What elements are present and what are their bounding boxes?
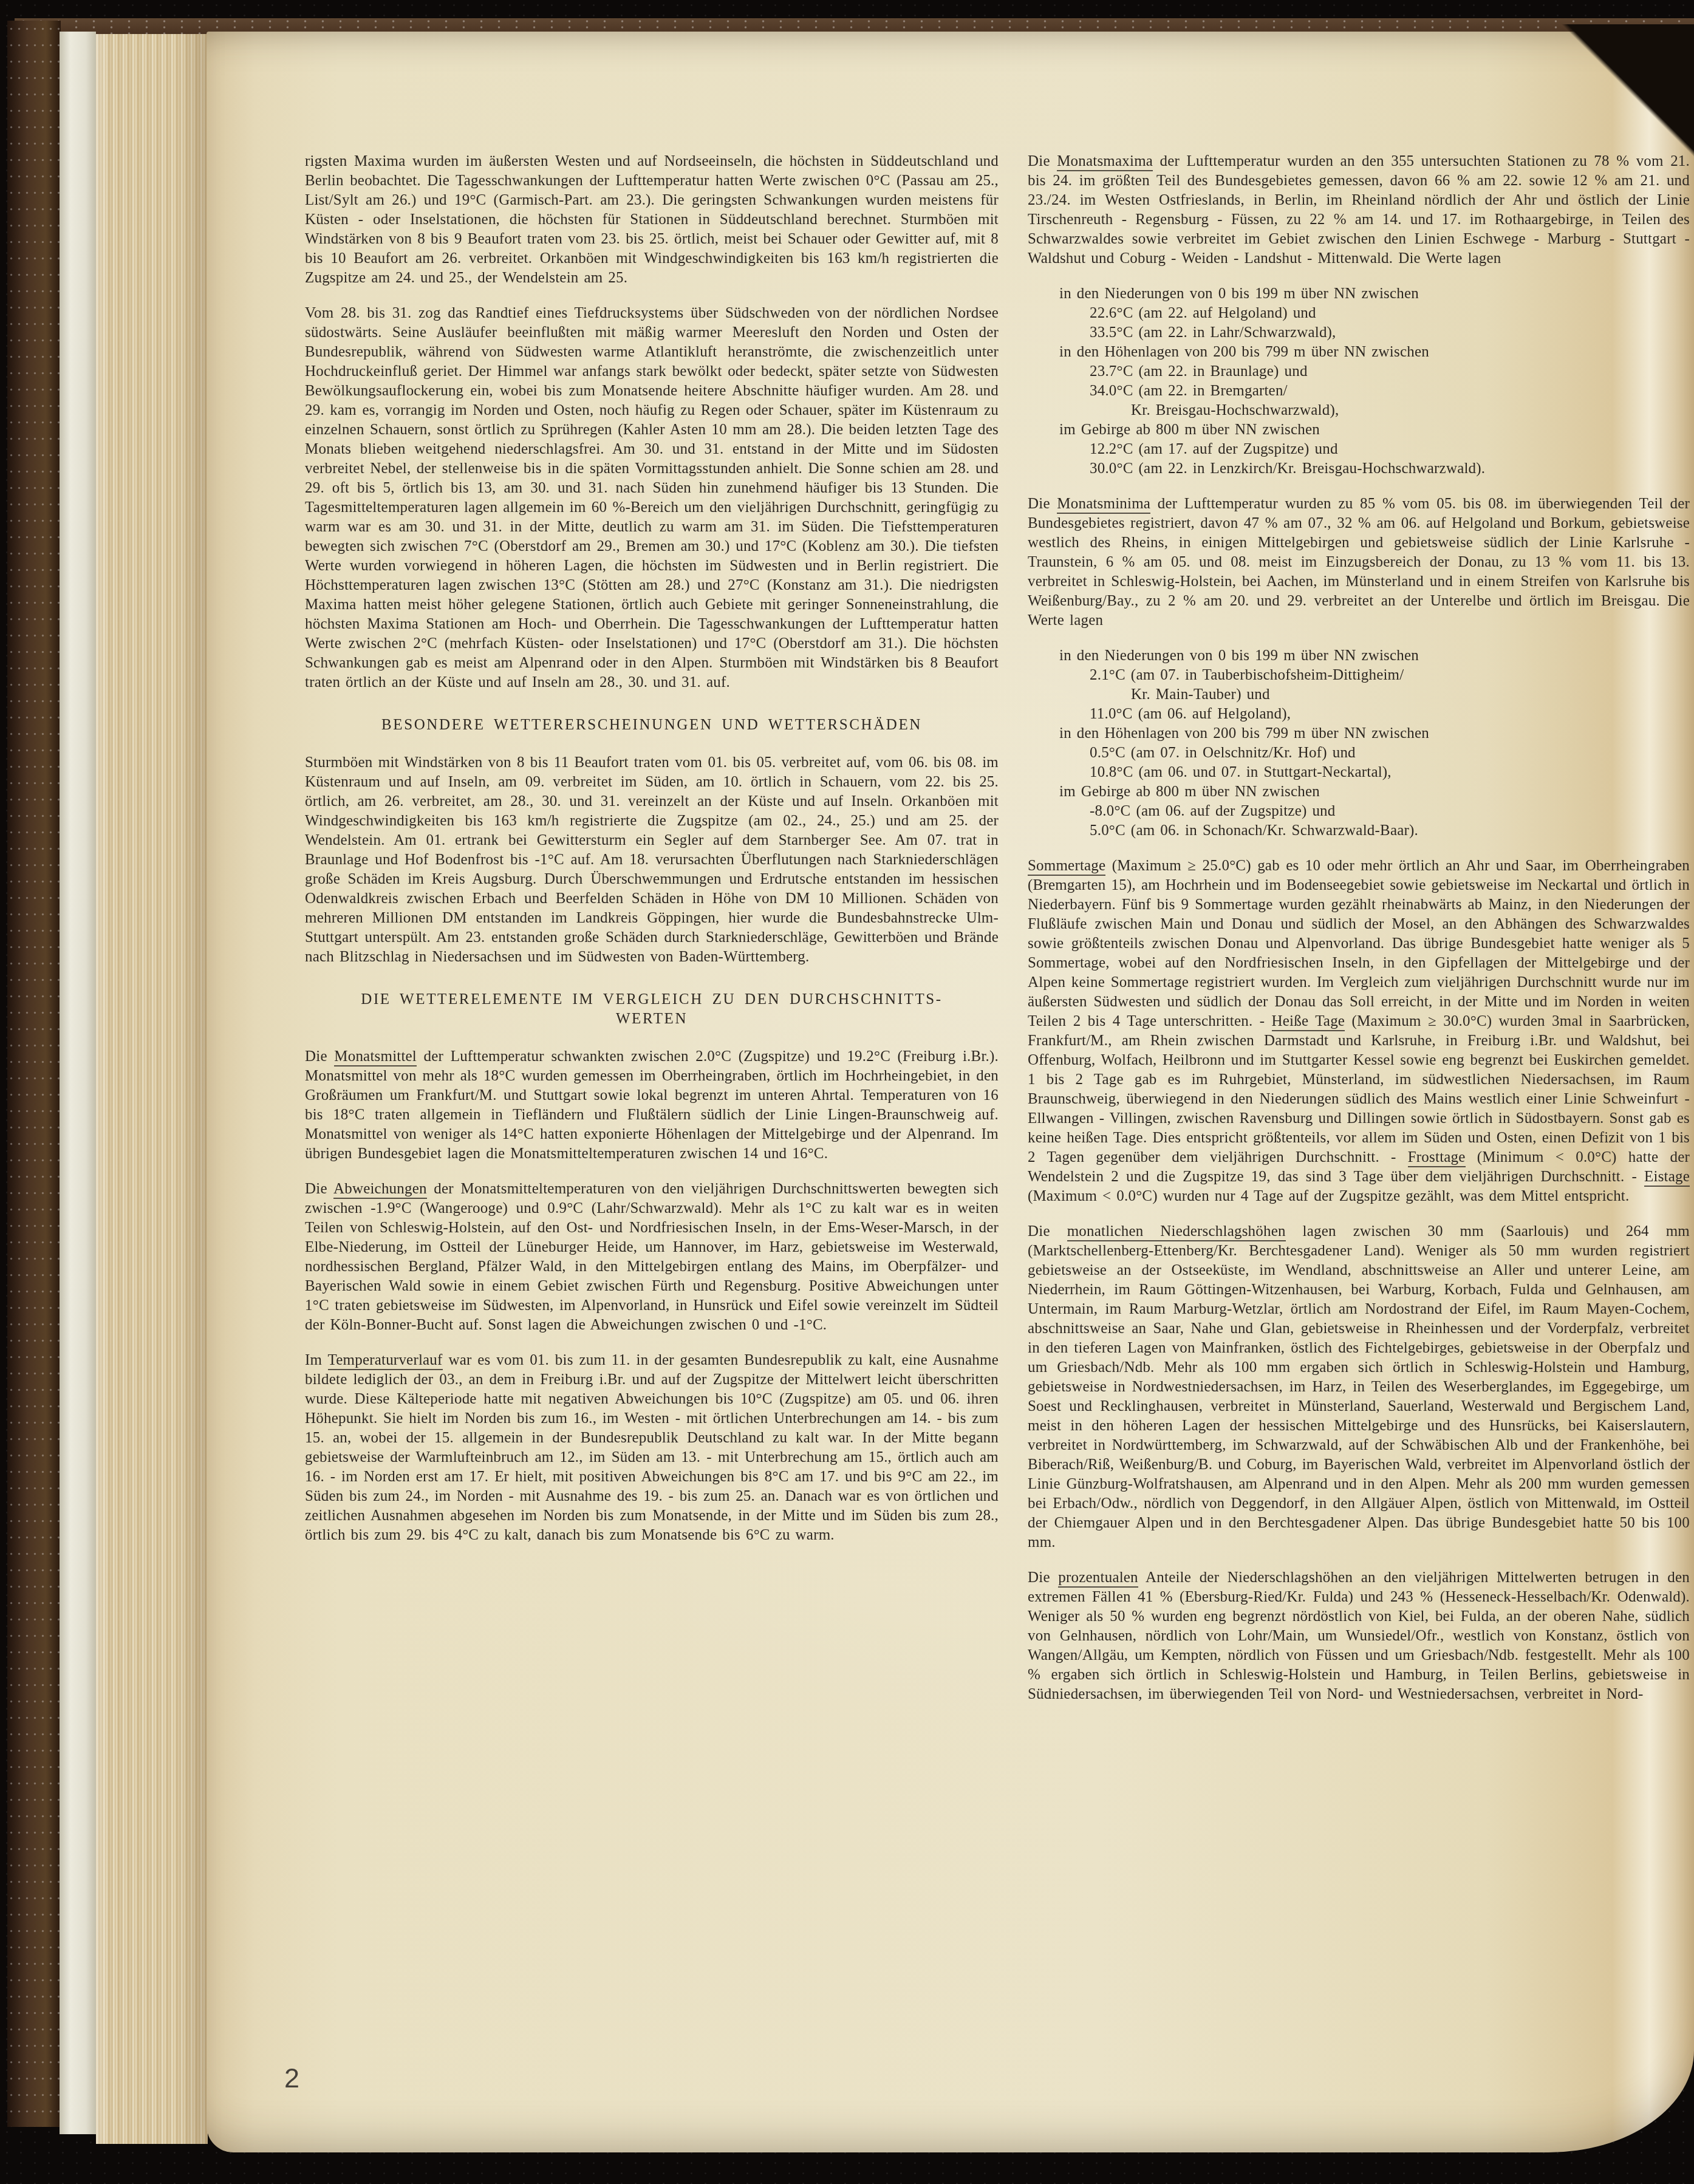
text-run: Die xyxy=(305,1181,333,1197)
value-list-line: -8.0°C (am 06. auf der Zugspitze) und xyxy=(1028,802,1690,821)
paragraph: Die monatlichen Niederschlagshöhen lagen… xyxy=(1028,1222,1690,1552)
underlined-term: Temperaturverlauf xyxy=(328,1352,443,1370)
value-list-line: 5.0°C (am 06. in Schonach/Kr. Schwarzwal… xyxy=(1028,821,1690,841)
page-number: 2 xyxy=(284,2063,299,2094)
section-heading-line: DIE WETTERELEMENTE IM VERGLEICH ZU DEN D… xyxy=(305,990,999,1009)
paragraph: Sommertage (Maximum ≥ 25.0°C) gab es 10 … xyxy=(1028,856,1690,1206)
paragraph: Die prozentualen Anteile der Niederschla… xyxy=(1028,1568,1690,1704)
text-run: Die xyxy=(1028,496,1057,512)
value-list: in den Niederungen von 0 bis 199 m über … xyxy=(1028,646,1690,841)
value-list-line: im Gebirge ab 800 m über NN zwischen xyxy=(1028,420,1690,440)
text-run: war es vom 01. bis zum 11. in der gesamt… xyxy=(305,1352,999,1543)
value-list-line: in den Niederungen von 0 bis 199 m über … xyxy=(1028,284,1690,304)
paragraph: Im Temperaturverlauf war es vom 01. bis … xyxy=(305,1351,999,1545)
book-cover-spine-edge xyxy=(7,21,61,2127)
section-heading-line: BESONDERE WETTERERSCHEINUNGEN UND WETTER… xyxy=(305,715,999,735)
text-run: Die xyxy=(1028,153,1057,169)
value-list-line: 22.6°C (am 22. auf Helgoland) und xyxy=(1028,304,1690,323)
text-run: Vom 28. bis 31. zog das Randtief eines T… xyxy=(305,305,999,691)
underlined-term: prozentualen xyxy=(1058,1569,1138,1588)
value-list-line: 33.5°C (am 22. in Lahr/Schwarzwald), xyxy=(1028,323,1690,343)
underlined-term: Sommertage xyxy=(1028,858,1105,876)
value-list: in den Niederungen von 0 bis 199 m über … xyxy=(1028,284,1690,479)
value-list-line: 34.0°C (am 22. in Bremgarten/ xyxy=(1028,381,1690,401)
value-list-line: 12.2°C (am 17. auf der Zugspitze) und xyxy=(1028,440,1690,459)
underlined-term: Eistage xyxy=(1644,1169,1690,1187)
underlined-term: Monatsminima xyxy=(1057,496,1150,514)
section-heading-line: WERTEN xyxy=(305,1009,999,1029)
text-run: Die xyxy=(1028,1223,1067,1240)
page-stack-fore-edge xyxy=(96,34,208,2144)
text-run: Anteile der Niederschlagshöhen an den vi… xyxy=(1028,1569,1690,1702)
right-text-column: Die Monatsmaxima der Lufttemperatur wurd… xyxy=(1028,152,1690,1720)
text-run: Sturmböen mit Windstärken von 8 bis 11 B… xyxy=(305,754,999,965)
text-run: Die xyxy=(305,1048,334,1065)
value-list-line: in den Höhenlagen von 200 bis 799 m über… xyxy=(1028,724,1690,743)
underlined-term: Abweichungen xyxy=(333,1181,427,1199)
text-run: Im xyxy=(305,1352,328,1368)
text-run: lagen zwischen 30 mm (Saarlouis) und 264… xyxy=(1028,1223,1690,1551)
paragraph: Die Monatsmittel der Lufttemperatur schw… xyxy=(305,1047,999,1164)
text-run: rigsten Maxima wurden im äußersten Weste… xyxy=(305,153,999,286)
value-list-line: in den Niederungen von 0 bis 199 m über … xyxy=(1028,646,1690,666)
section-heading: BESONDERE WETTERERSCHEINUNGEN UND WETTER… xyxy=(305,715,999,735)
value-list-line: 11.0°C (am 06. auf Helgoland), xyxy=(1028,705,1690,724)
value-list-line: 2.1°C (am 07. in Tauberbischofsheim-Ditt… xyxy=(1028,666,1690,685)
text-run: (Maximum ≥ 30.0°C) wurden 3mal in Saarbr… xyxy=(1028,1013,1690,1165)
text-run: der Lufttemperatur wurden zu 85 % vom 05… xyxy=(1028,496,1690,629)
text-run: (Maximum < 0.0°C) wurden nur 4 Tage auf … xyxy=(1028,1188,1629,1204)
text-run: Die xyxy=(1028,1569,1058,1586)
paragraph: Die Monatsminima der Lufttemperatur wurd… xyxy=(1028,494,1690,630)
paragraph: Sturmböen mit Windstärken von 8 bis 11 B… xyxy=(305,753,999,967)
text-run: der Monatsmitteltemperaturen von den vie… xyxy=(305,1181,999,1333)
value-list-line: Kr. Breisgau-Hochschwarzwald), xyxy=(1028,401,1690,420)
underlined-term: Monatsmittel xyxy=(334,1048,417,1066)
text-run: (Maximum ≥ 25.0°C) gab es 10 oder mehr ö… xyxy=(1028,858,1690,1029)
underlined-term: Monatsmaxima xyxy=(1057,153,1153,171)
paragraph: Vom 28. bis 31. zog das Randtief eines T… xyxy=(305,304,999,692)
underlined-term: monatlichen Niederschlagshöhen xyxy=(1067,1223,1286,1241)
paragraph: Die Abweichungen der Monatsmitteltempera… xyxy=(305,1179,999,1335)
value-list-line: in den Höhenlagen von 200 bis 799 m über… xyxy=(1028,343,1690,362)
cover-corner-shadow xyxy=(1536,24,1694,182)
value-list-line: 0.5°C (am 07. in Oelschnitz/Kr. Hof) und xyxy=(1028,743,1690,763)
underlined-term: Frosttage xyxy=(1408,1149,1466,1167)
underlined-term: Heiße Tage xyxy=(1272,1013,1345,1031)
value-list-line: 10.8°C (am 06. und 07. in Stuttgart-Neck… xyxy=(1028,763,1690,782)
value-list-line: Kr. Main-Tauber) und xyxy=(1028,685,1690,705)
section-heading: DIE WETTERELEMENTE IM VERGLEICH ZU DEN D… xyxy=(305,990,999,1029)
paragraph: rigsten Maxima wurden im äußersten Weste… xyxy=(305,152,999,288)
value-list-line: 23.7°C (am 22. in Braunlage) und xyxy=(1028,362,1690,381)
left-text-column: rigsten Maxima wurden im äußersten Weste… xyxy=(305,152,999,1561)
value-list-line: im Gebirge ab 800 m über NN zwischen xyxy=(1028,782,1690,802)
endpaper-edge xyxy=(60,32,96,2134)
value-list-line: 30.0°C (am 22. in Lenzkirch/Kr. Breisgau… xyxy=(1028,459,1690,479)
book-scan: rigsten Maxima wurden im äußersten Weste… xyxy=(0,0,1694,2184)
